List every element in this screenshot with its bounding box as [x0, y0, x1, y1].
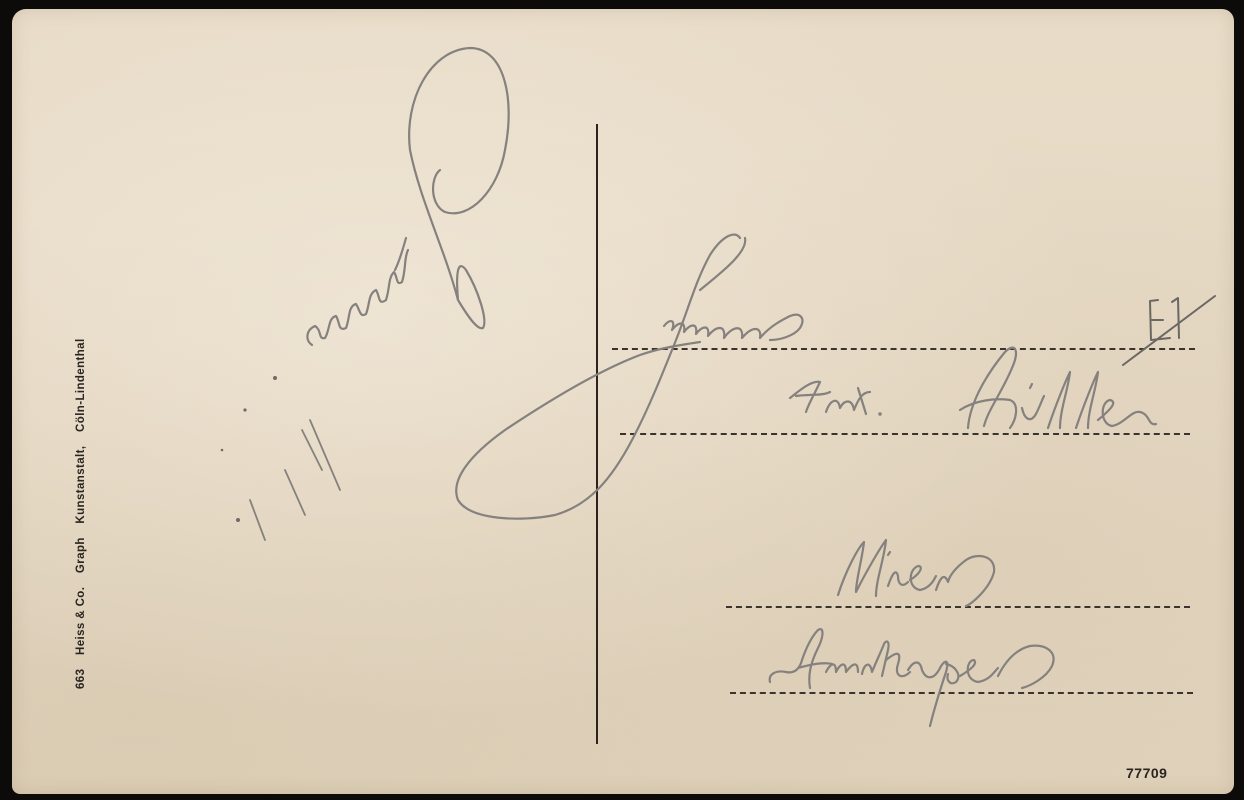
pencil-mark-e1 — [1123, 296, 1215, 365]
salutation-flourish — [456, 235, 745, 519]
postcard: 663 Heiss & Co. Graph Kunstanstalt, Cöln… — [12, 9, 1234, 794]
recipient-name-handwriting — [790, 348, 1156, 428]
city-handwriting — [838, 540, 994, 606]
signature-scrawl — [307, 48, 508, 345]
handwriting-layer — [12, 9, 1234, 794]
street-handwriting — [770, 629, 1054, 726]
pencil-tick-marks — [221, 376, 340, 540]
